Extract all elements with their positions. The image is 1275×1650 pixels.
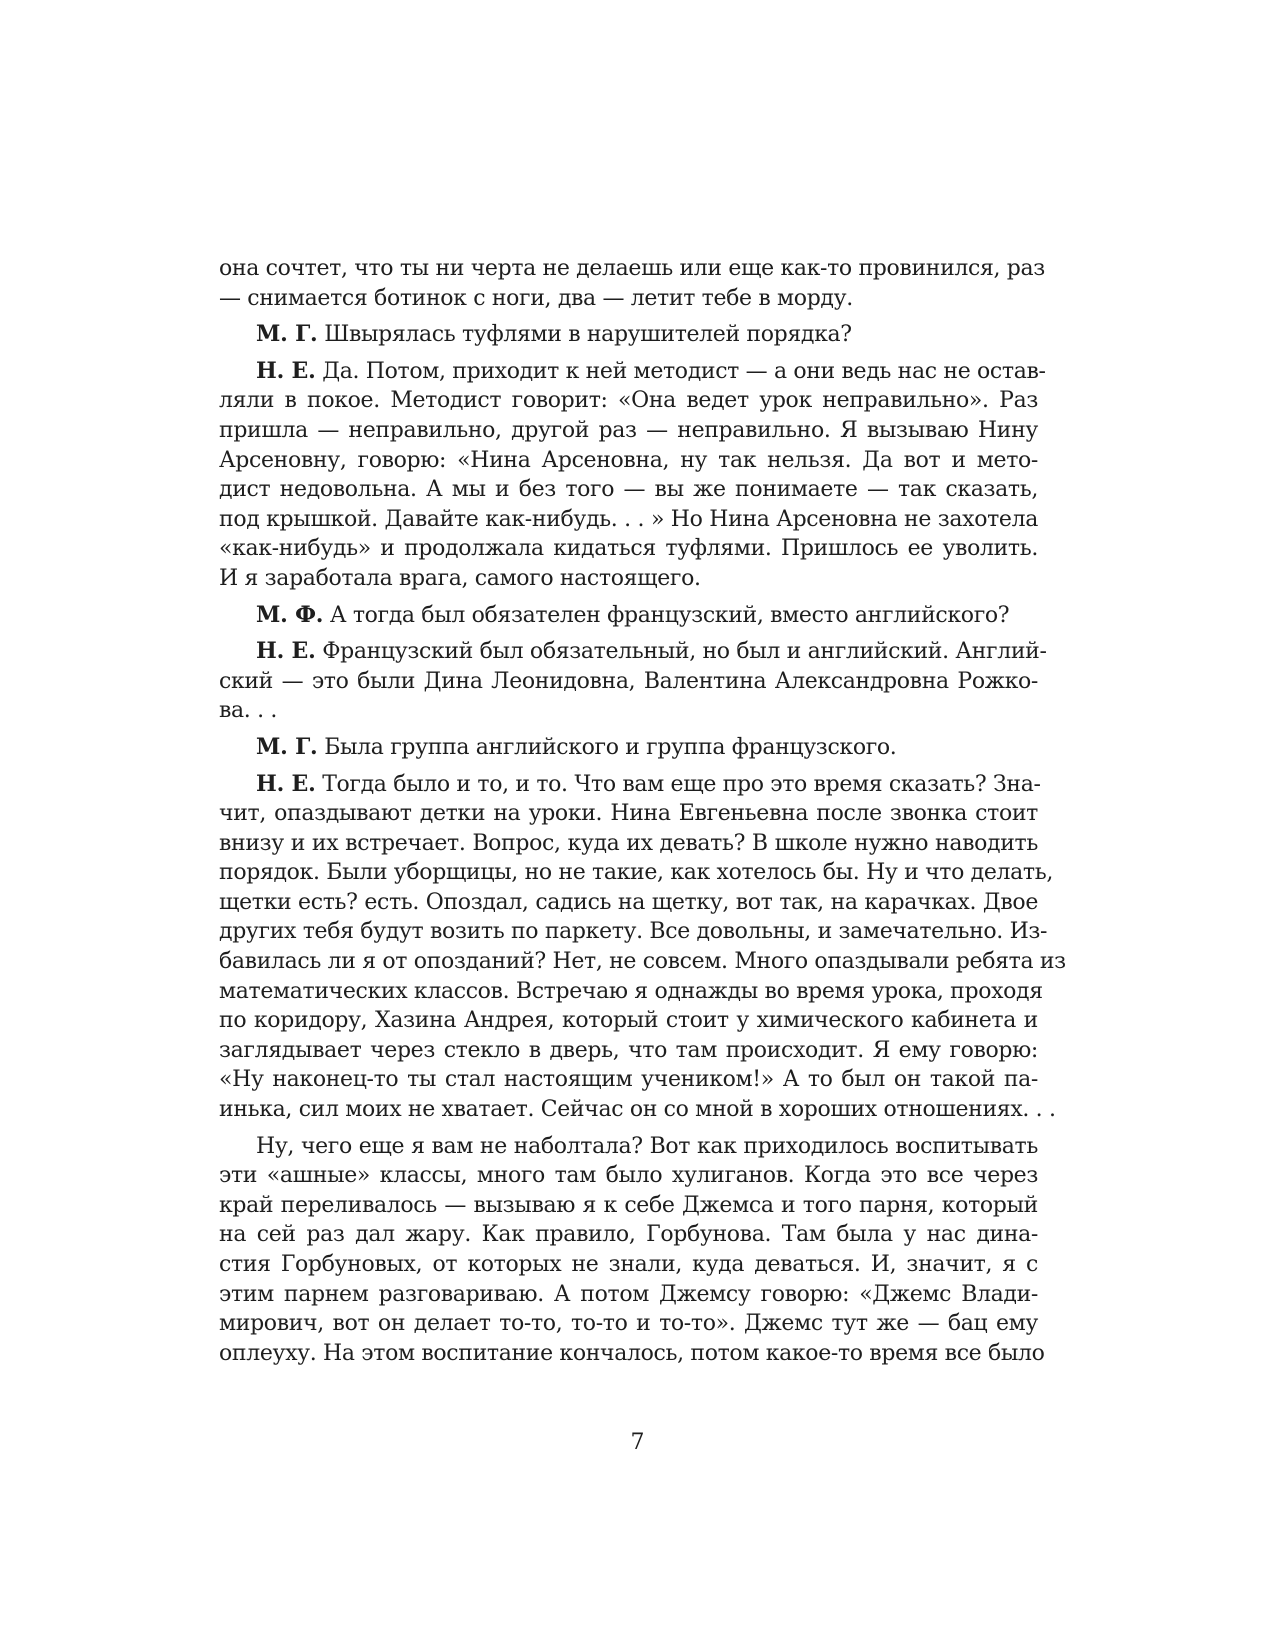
text-line: заглядывает через стекло в дверь, что та… (219, 1036, 1038, 1066)
text-line: «как-нибудь» и продолжала кидаться туфля… (219, 534, 1038, 564)
text-line: Н. Е. Французский был обязательный, но б… (219, 637, 1038, 667)
text-line: математических классов. Встречаю я однаж… (219, 977, 1038, 1007)
speaker-label: М. Ф. (256, 602, 323, 628)
text-line: бавилась ли я от опозданий? Нет, не совс… (219, 947, 1038, 977)
text-line: инька, сил моих не хватает. Сейчас он со… (219, 1095, 1038, 1125)
text-line: стия Горбуновых, от которых не знали, ку… (219, 1250, 1038, 1280)
speech-text: Была группа английского и группа француз… (324, 735, 896, 760)
text-line: щетки есть? есть. Опоздал, садись на щет… (219, 888, 1038, 918)
text-line: этим парнем разговариваю. А потом Джемсу… (219, 1280, 1038, 1310)
text-line: Ну, чего еще я вам не наболтала? Вот как… (219, 1132, 1038, 1162)
text-line: «Ну наконец-то ты стал настоящим ученико… (219, 1065, 1038, 1095)
dialogue-paragraph: Н. Е. Французский был обязательный, но б… (219, 637, 1038, 726)
speech-text: Да. Потом, приходит к ней методист — а о… (322, 359, 1045, 384)
text-line: М. Г. Швырялась туфлями в нарушителей по… (219, 320, 1038, 350)
speaker-label: М. Г. (256, 321, 318, 347)
text-line: ский — это были Дина Леонидовна, Валенти… (219, 667, 1038, 697)
speaker-label: Н. Е. (256, 358, 316, 384)
text-line: под крышкой. Давайте как-нибудь. . . » Н… (219, 505, 1038, 535)
text-line: М. Г. Была группа английского и группа ф… (219, 733, 1038, 763)
text-line: по коридору, Хазина Андрея, который стои… (219, 1006, 1038, 1036)
paragraph-continuation: она сочтет, что ты ни черта не делаешь и… (219, 254, 1038, 313)
speech-text: Тогда было и то, и то. Что вам еще про э… (322, 772, 1040, 797)
page-body: она сочтет, что ты ни черта не делаешь и… (219, 254, 1038, 1375)
text-line: других тебя будут возить по паркету. Все… (219, 917, 1038, 947)
text-line: мирович, вот он делает то-то, то-то и то… (219, 1309, 1038, 1339)
speaker-label: М. Г. (256, 734, 318, 760)
text-line: порядок. Были уборщицы, но не такие, как… (219, 858, 1038, 888)
text-line: И я заработала врага, самого настоящего. (219, 564, 1038, 594)
text-line: Арсеновну, говорю: «Нина Арсеновна, ну т… (219, 446, 1038, 476)
text-line: эти «ашные» классы, много там было хулиг… (219, 1161, 1038, 1191)
speech-text: А тогда был обязателен французский, вмес… (330, 603, 1009, 628)
text-line: оплеуху. На этом воспитание кончалось, п… (219, 1339, 1038, 1369)
speech-text: Швырялась туфлями в нарушителей порядка? (324, 322, 852, 347)
dialogue-paragraph: М. Г. Швырялась туфлями в нарушителей по… (219, 320, 1038, 350)
text-line: на сей раз дал жару. Как правило, Горбун… (219, 1220, 1038, 1250)
text-line: пришла — неправильно, другой раз — непра… (219, 416, 1038, 446)
text-line: Н. Е. Да. Потом, приходит к ней методист… (219, 357, 1038, 387)
text-line: дист недовольна. А мы и без того — вы же… (219, 475, 1038, 505)
text-line: чит, опаздывают детки на уроки. Нина Евг… (219, 799, 1038, 829)
text-line: ва. . . (219, 696, 1038, 726)
speaker-label: Н. Е. (256, 771, 316, 797)
narrative-paragraph: Ну, чего еще я вам не наболтала? Вот как… (219, 1132, 1038, 1369)
text-line: Н. Е. Тогда было и то, и то. Что вам еще… (219, 770, 1038, 800)
page-number: 7 (0, 1428, 1275, 1458)
speech-text: Французский был обязательный, но был и а… (322, 639, 1046, 664)
dialogue-paragraph: М. Ф. А тогда был обязателен французский… (219, 601, 1038, 631)
text-line: она сочтет, что ты ни черта не делаешь и… (219, 254, 1038, 284)
text-line: — снимается ботинок с ноги, два — летит … (219, 284, 1038, 314)
dialogue-paragraph: Н. Е. Тогда было и то, и то. Что вам еще… (219, 770, 1038, 1125)
text-line: внизу и их встречает. Вопрос, куда их де… (219, 829, 1038, 859)
text-line: край переливалось — вызываю я к себе Дже… (219, 1191, 1038, 1221)
text-line: М. Ф. А тогда был обязателен французский… (219, 601, 1038, 631)
dialogue-paragraph: М. Г. Была группа английского и группа ф… (219, 733, 1038, 763)
text-line: ляли в покое. Методист говорит: «Она вед… (219, 386, 1038, 416)
speaker-label: Н. Е. (256, 638, 316, 664)
dialogue-paragraph: Н. Е. Да. Потом, приходит к ней методист… (219, 357, 1038, 594)
